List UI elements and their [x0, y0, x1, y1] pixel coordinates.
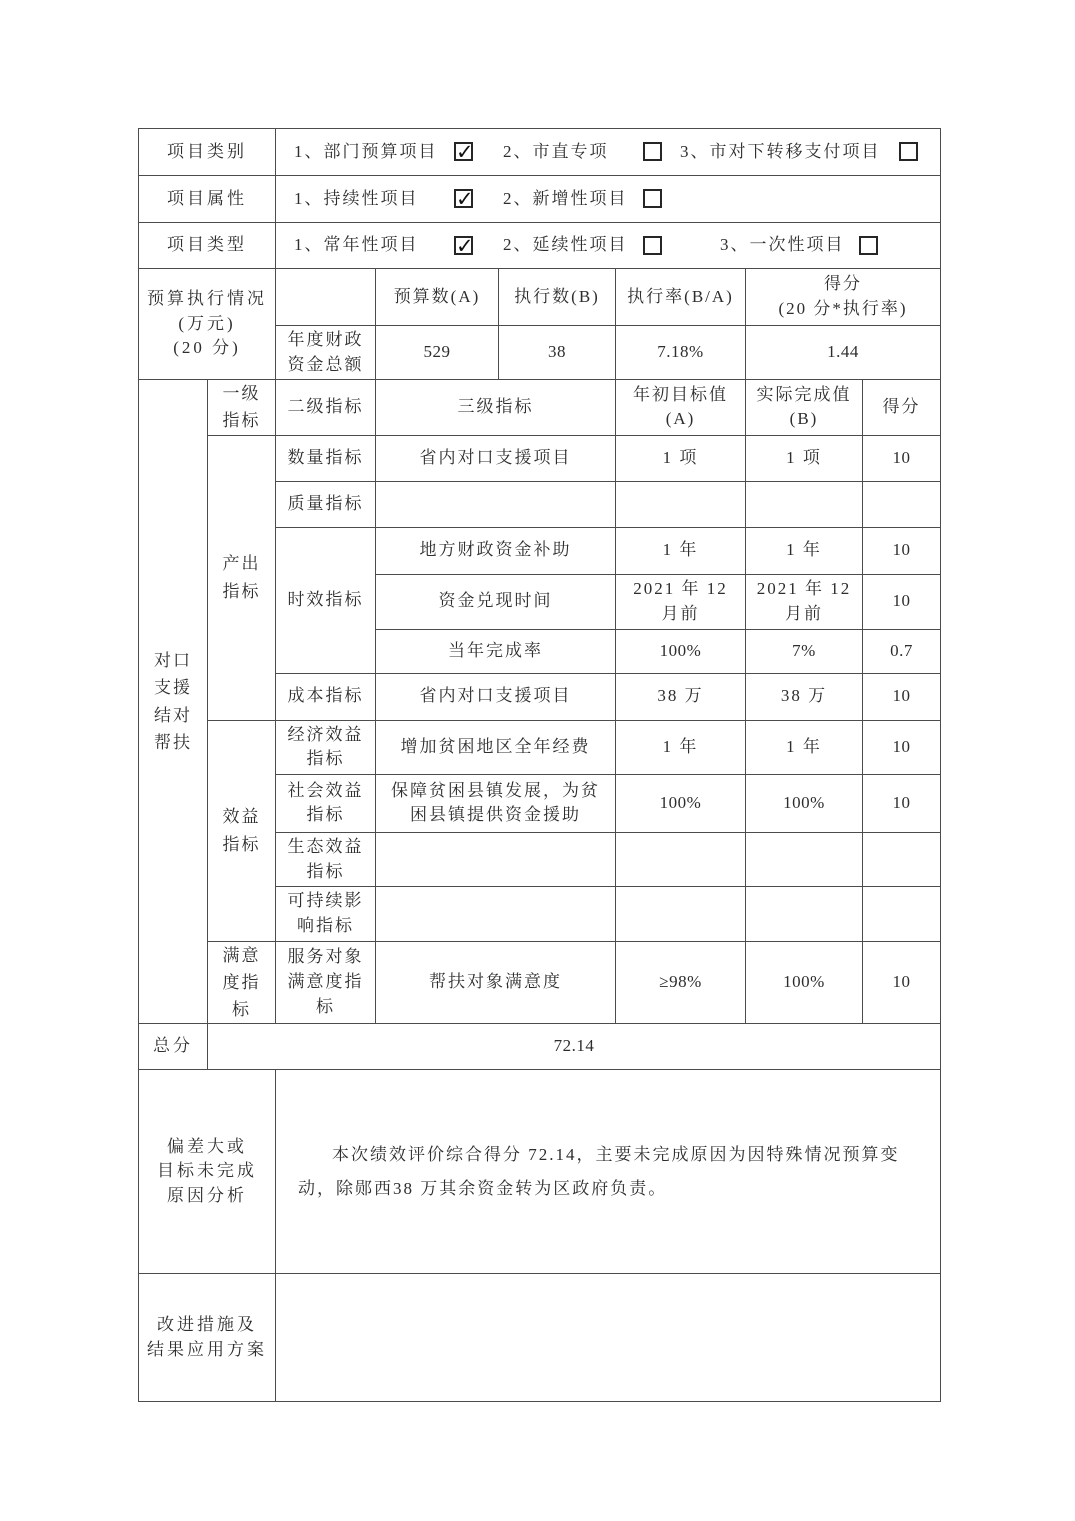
row-project-attribute: 项目属性 1、持续性项目 2、新增性项目: [139, 176, 941, 223]
col-header-level3: 三级指标: [376, 380, 616, 435]
cell-actual-value: 2021 年 12 月前: [746, 574, 863, 629]
level3-label: 保障贫困县镇发展，为贫困县镇提供资金援助: [376, 774, 616, 832]
row-project-type: 项目类型 1、常年性项目 2、延续性项目 3、一次性项目: [139, 223, 941, 269]
row-label-total-score: 总分: [139, 1024, 208, 1070]
cell-actual-value: [746, 481, 863, 527]
cell-total-score: 72.14: [208, 1024, 941, 1070]
cell-target-value: 1 年: [616, 720, 746, 774]
level2-label: 质量指标: [276, 481, 376, 527]
option-label: 2、新增性项目: [503, 187, 643, 212]
option-transfer-payment: 3、市对下转移支付项目: [680, 140, 918, 165]
cell-actual-value: 7%: [746, 629, 863, 673]
level1-benefit-indicator: 效益指标: [208, 720, 276, 941]
col-header-score: 得分: [863, 380, 941, 435]
cell-target-value: 1 年: [616, 527, 746, 574]
level1-output-indicator: 产出指标: [208, 435, 276, 720]
level3-label: 地方财政资金补助: [376, 527, 616, 574]
option-label: 2、延续性项目: [503, 233, 643, 258]
level3-label: 当年完成率: [376, 629, 616, 673]
cell-score: 10: [863, 574, 941, 629]
cell-actual-value: 100%: [746, 941, 863, 1024]
checkbox-icon: [643, 236, 662, 255]
option-label: 1、常年性项目: [294, 233, 454, 258]
cell-score: 10: [863, 527, 941, 574]
cell-target-value: 1 项: [616, 435, 746, 481]
indicator-group-label: 对口支援结对帮扶: [139, 380, 208, 1024]
cell-target-value: 100%: [616, 629, 746, 673]
row-label-annual-fiscal-funds: 年度财政资金总额: [276, 326, 376, 380]
col-header-budget-score: 得分 (20 分*执行率): [746, 269, 941, 326]
cell-actual-value: 1 年: [746, 720, 863, 774]
option-label: 2、市直专项: [503, 140, 643, 165]
level2-label: 服务对象满意度指标: [276, 941, 376, 1024]
evaluation-table: 项目类别 1、部门预算项目 2、市直专项 3、市对下转移支付项目 项目属性: [138, 128, 941, 1402]
level3-label: [376, 887, 616, 941]
checkbox-icon: [899, 142, 918, 161]
cell-actual-value: [746, 832, 863, 886]
row-deviation-analysis: 偏差大或 目标未完成 原因分析 本次绩效评价综合得分 72.14，主要未完成原因…: [139, 1070, 941, 1274]
deviation-analysis-text: 本次绩效评价综合得分 72.14，主要未完成原因为因特殊情况预算变动，除郧西38…: [276, 1070, 941, 1274]
row-label-improvement-plan: 改进措施及 结果应用方案: [139, 1274, 276, 1402]
option-perennial-project: 1、常年性项目: [294, 233, 473, 258]
level3-label: 帮扶对象满意度: [376, 941, 616, 1024]
cell-score: [863, 481, 941, 527]
cell-execution-rate: 7.18%: [616, 326, 746, 380]
option-label: 1、持续性项目: [294, 187, 454, 212]
level2-label: 生态效益指标: [276, 832, 376, 886]
project-category-options: 1、部门预算项目 2、市直专项 3、市对下转移支付项目: [276, 129, 941, 176]
project-attribute-options: 1、持续性项目 2、新增性项目: [276, 176, 941, 223]
cell-target-value: 100%: [616, 774, 746, 832]
checkbox-icon: [643, 189, 662, 208]
cell-score: 10: [863, 673, 941, 720]
cell-target-value: [616, 887, 746, 941]
improvement-plan-text: [276, 1274, 941, 1402]
row-label-project-category: 项目类别: [139, 129, 276, 176]
col-header-execution-rate: 执行率(B/A): [616, 269, 746, 326]
col-header-target-value: 年初目标值 (A): [616, 380, 746, 435]
option-dept-budget-project: 1、部门预算项目: [294, 140, 473, 165]
level2-label: 社会效益指标: [276, 774, 376, 832]
checkbox-icon: [859, 236, 878, 255]
project-type-options: 1、常年性项目 2、延续性项目 3、一次性项目: [276, 223, 941, 269]
row-improvement-plan: 改进措施及 结果应用方案: [139, 1274, 941, 1402]
col-header-actual-value: 实际完成值 (B): [746, 380, 863, 435]
level2-label: 可持续影响指标: [276, 887, 376, 941]
col-header-budget-amount: 预算数(A): [376, 269, 499, 326]
cell-score: [863, 832, 941, 886]
cell-actual-value: 100%: [746, 774, 863, 832]
checkbox-icon: [454, 189, 473, 208]
col-header-executed-amount: 执行数(B): [499, 269, 616, 326]
document-page: 项目类别 1、部门预算项目 2、市直专项 3、市对下转移支付项目 项目属性: [138, 128, 941, 1402]
col-header-level2: 二级指标: [276, 380, 376, 435]
checkbox-icon: [643, 142, 662, 161]
level1-satisfaction-indicator: 满意度指标: [208, 941, 276, 1024]
row-project-category: 项目类别 1、部门预算项目 2、市直专项 3、市对下转移支付项目: [139, 129, 941, 176]
cell-score: 10: [863, 941, 941, 1024]
option-label: 3、市对下转移支付项目: [680, 140, 881, 165]
empty-cell: [276, 269, 376, 326]
cell-actual-value: 1 年: [746, 527, 863, 574]
cell-target-value: [616, 832, 746, 886]
row-total-score: 总分 72.14: [139, 1024, 941, 1070]
cell-budget-score: 1.44: [746, 326, 941, 380]
level3-label: 省内对口支援项目: [376, 435, 616, 481]
option-city-special: 2、市直专项: [503, 140, 662, 165]
row-label-project-attribute: 项目属性: [139, 176, 276, 223]
cell-target-value: 38 万: [616, 673, 746, 720]
row-budget-header: 预算执行情况 (万元) (20 分) 预算数(A) 执行数(B) 执行率(B/A…: [139, 269, 941, 326]
cell-target-value: 2021 年 12 月前: [616, 574, 746, 629]
cell-score: 10: [863, 435, 941, 481]
table-row: 效益指标 经济效益指标 增加贫困地区全年经费 1 年 1 年 10: [139, 720, 941, 774]
option-label: 1、部门预算项目: [294, 140, 454, 165]
row-label-project-type: 项目类型: [139, 223, 276, 269]
table-row: 满意度指标 服务对象满意度指标 帮扶对象满意度 ≥98% 100% 10: [139, 941, 941, 1024]
cell-target-value: ≥98%: [616, 941, 746, 1024]
option-new-project: 2、新增性项目: [503, 187, 662, 212]
cell-score: 10: [863, 720, 941, 774]
row-label-budget-execution: 预算执行情况 (万元) (20 分): [139, 269, 276, 380]
checkbox-icon: [454, 236, 473, 255]
level3-label: 资金兑现时间: [376, 574, 616, 629]
cell-executed-amount: 38: [499, 326, 616, 380]
col-header-level1: 一级指标: [208, 380, 276, 435]
level3-label: 省内对口支援项目: [376, 673, 616, 720]
option-extended-project: 2、延续性项目: [503, 233, 662, 258]
option-continuous-project: 1、持续性项目: [294, 187, 473, 212]
checkbox-icon: [454, 142, 473, 161]
cell-actual-value: 38 万: [746, 673, 863, 720]
row-indicator-header: 对口支援结对帮扶 一级指标 二级指标 三级指标 年初目标值 (A) 实际完成值 …: [139, 380, 941, 435]
cell-actual-value: [746, 887, 863, 941]
level2-label: 成本指标: [276, 673, 376, 720]
level3-label: [376, 832, 616, 886]
cell-score: [863, 887, 941, 941]
cell-target-value: [616, 481, 746, 527]
level2-label: 数量指标: [276, 435, 376, 481]
row-label-deviation-analysis: 偏差大或 目标未完成 原因分析: [139, 1070, 276, 1274]
option-label: 3、一次性项目: [720, 233, 845, 258]
cell-score: 10: [863, 774, 941, 832]
cell-budget-amount: 529: [376, 326, 499, 380]
level2-label: 经济效益指标: [276, 720, 376, 774]
level2-timeliness-indicator: 时效指标: [276, 527, 376, 673]
level3-label: [376, 481, 616, 527]
option-one-time-project: 3、一次性项目: [720, 233, 878, 258]
cell-score: 0.7: [863, 629, 941, 673]
level3-label: 增加贫困地区全年经费: [376, 720, 616, 774]
cell-actual-value: 1 项: [746, 435, 863, 481]
table-row: 产出指标 数量指标 省内对口支援项目 1 项 1 项 10: [139, 435, 941, 481]
